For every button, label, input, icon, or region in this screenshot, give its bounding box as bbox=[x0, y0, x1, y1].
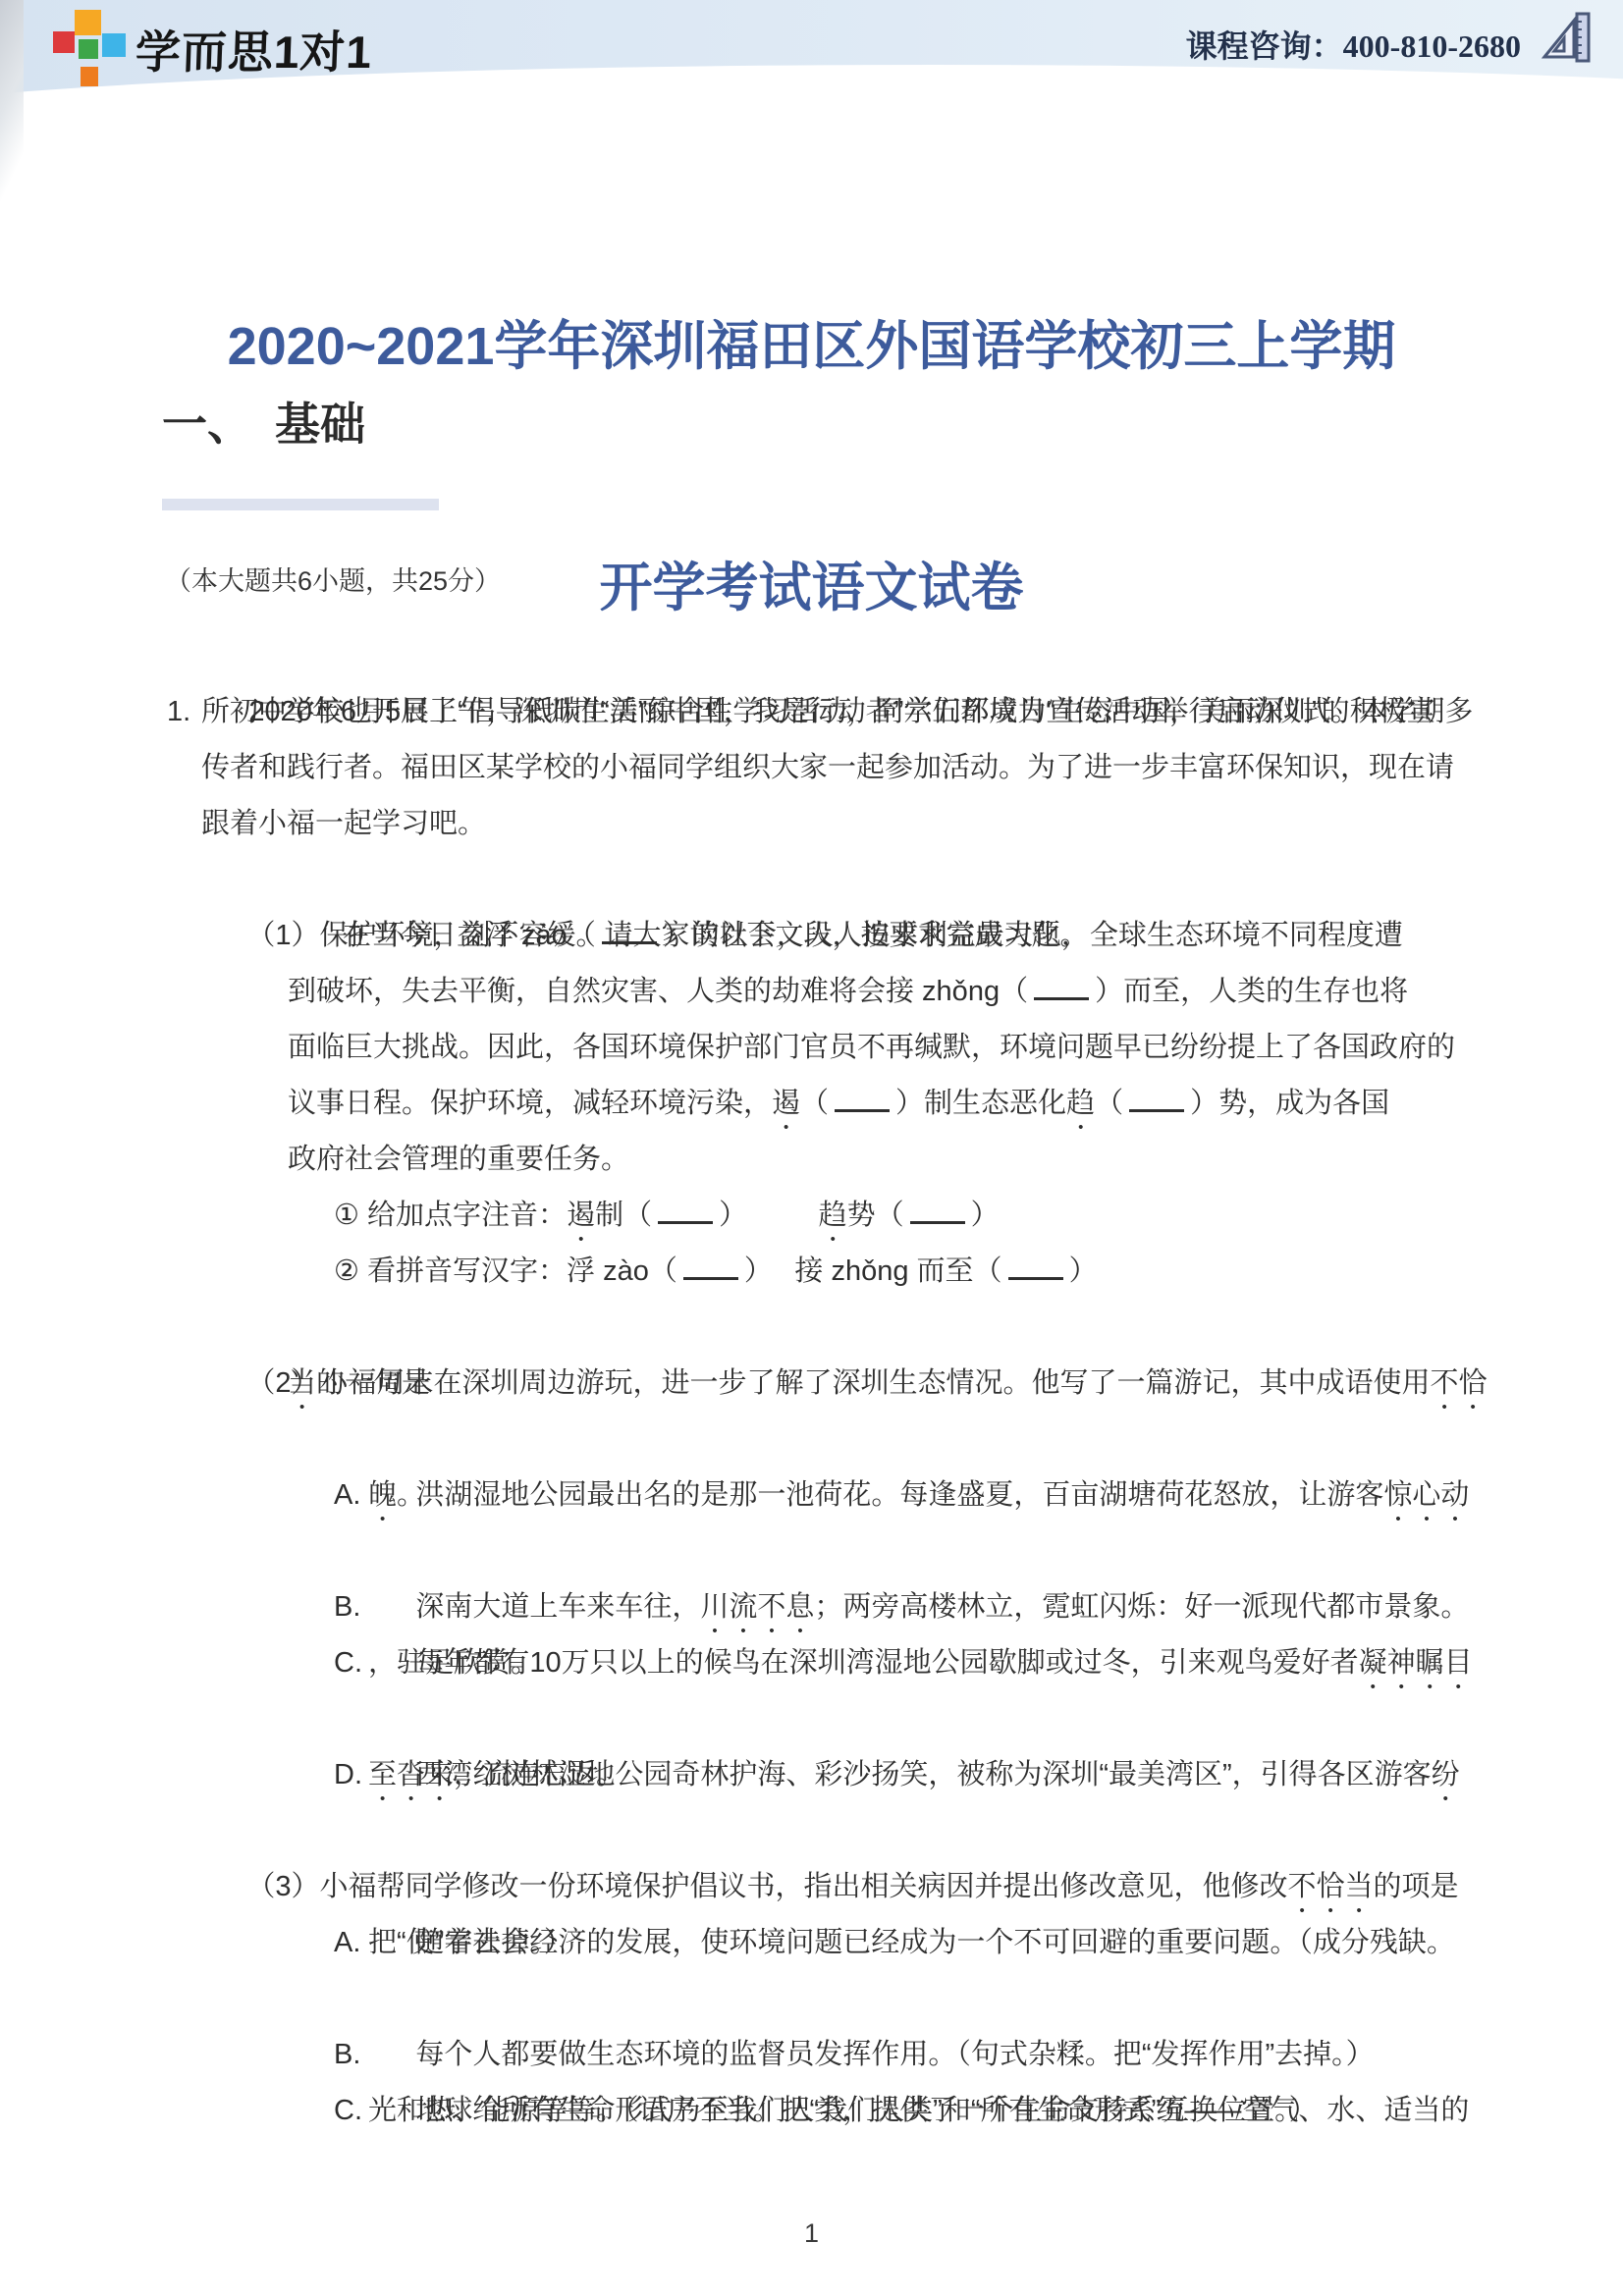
page-number: 1 bbox=[0, 2218, 1623, 2249]
part-2-option-b: B.深南大道上车来车往，川流不息；两旁高楼林立，霓虹闪烁：好一派现代都市景象。 bbox=[0, 1523, 1623, 1579]
brand-logo-text: 学而思1对1 bbox=[135, 17, 373, 81]
answer-blank bbox=[1008, 1250, 1063, 1280]
part-2-option-c-wrap: ，驻足欣赏。 bbox=[0, 1635, 1623, 1691]
part-2-option-a-wrap: 魄。 bbox=[0, 1468, 1623, 1523]
part-3-lead: （3）小福帮同学修改一份环境保护倡议书，指出相关病因并提出修改意见，他修改不恰当… bbox=[0, 1803, 1623, 1859]
part-2-option-c: C.每年都有10万只以上的候鸟在深圳湾湿地公园歇脚或过冬，引来观鸟爱好者凝神瞩目 bbox=[0, 1579, 1623, 1635]
answer-blank bbox=[602, 914, 657, 944]
part-3-option-a-wrap: 把“使”字去掉。） bbox=[0, 1915, 1623, 1971]
part-2-option-d: D.西湾红树林湿地公园奇林护海、彩沙扬笑，被称为深圳“最美湾区”，引得各区游客纷 bbox=[0, 1691, 1623, 1747]
part-2-lead: （2）小福周末在深圳周边游玩，进一步了解了深圳生态情况。他写了一篇游记，其中成语… bbox=[0, 1300, 1623, 1356]
part-1-lead: （1）保护环境，刻不容缓。请大家读以下文段，按要求完成习题。 bbox=[0, 852, 1623, 908]
answer-blank bbox=[835, 1082, 890, 1112]
answer-blank bbox=[1034, 970, 1089, 1000]
part-1-passage-line: 到破坏，失去平衡，自然灾害、人类的劫难将会接 zhǒng（）而至，人类的生存也将 bbox=[0, 964, 1623, 1020]
question-1-line: 1.2020年6月5日上午，深圳市“美丽中国，我是行动者”六五环境日宣传活动举行… bbox=[0, 628, 1623, 684]
part-1-sub-question-1: ① 给加点字注音：遏制（） 趋势（） bbox=[0, 1188, 1623, 1244]
part-2-lead-wrap: 当的一句是 bbox=[0, 1356, 1623, 1412]
paper-title-line1: 2020~2021学年深圳福田区外国语学校初三上学期 bbox=[0, 306, 1623, 387]
answer-blank bbox=[683, 1250, 738, 1280]
section-meta: （本大题共6小题，共25分） bbox=[165, 560, 501, 598]
question-1-line: 跟着小福一起学习吧。 bbox=[0, 796, 1623, 852]
exam-paper-page: 学而思1对1 课程咨询：400-810-2680 2020~2021学年深圳福田… bbox=[0, 0, 1623, 2296]
part-1-sub-question-2: ② 看拼音写汉字：浮 zào（） 接 zhǒng 而至（） bbox=[0, 1244, 1623, 1300]
section-heading-underline bbox=[162, 499, 439, 510]
part-1-passage-line: 政府社会管理的重要任务。 bbox=[0, 1132, 1623, 1188]
part-3-option-c: C.地球给所有生命形式乃至我们人类，提供了一个生命支持系统——空气、水、适当的 bbox=[0, 2027, 1623, 2083]
part-1-passage-line: 面临巨大挑战。因此，各国环境保护部门官员不再缄默，环境问题早已纷纷提上了各国政府… bbox=[0, 1020, 1623, 1076]
part-2-option-d-wrap: 至沓来，流连忘返。 bbox=[0, 1747, 1623, 1803]
question-1-line: 所初中学校也开展了“倡导低碳生活”综合性学习活动，同学们都成为“生态中国，美丽深… bbox=[0, 684, 1623, 740]
part-1-passage-line: 议事日程。保护环境，减轻环境污染，遏（）制生态恶化趋（）势，成为各国 bbox=[0, 1076, 1623, 1132]
answer-blank bbox=[910, 1194, 965, 1224]
brand-logo-icon bbox=[51, 8, 135, 90]
brand-logo: 学而思1对1 bbox=[51, 8, 372, 90]
answer-blank bbox=[658, 1194, 713, 1224]
part-1-passage-line: 在当今日益浮 zào（）的社会，人人追求利益最大化，全球生态环境不同程度遭 bbox=[0, 908, 1623, 964]
section-heading: 一、 基础 bbox=[162, 389, 365, 454]
consult-phone-label: 课程咨询：400-810-2680 bbox=[1186, 22, 1521, 67]
part-2-option-a: A.洪湖湿地公园最出名的是那一池荷花。每逢盛夏，百亩湖塘荷花怒放，让游客惊心动 bbox=[0, 1412, 1623, 1468]
part-3-option-b: B.每个人都要做生态环境的监督员发挥作用。（句式杂糅。把“发挥作用”去掉。） bbox=[0, 1971, 1623, 2027]
question-1-line: 传者和践行者。福田区某学校的小福同学组织大家一起参加活动。为了进一步丰富环保知识… bbox=[0, 740, 1623, 796]
question-body: 1.2020年6月5日上午，深圳市“美丽中国，我是行动者”六五环境日宣传活动举行… bbox=[0, 628, 1623, 2139]
answer-blank bbox=[1129, 1082, 1184, 1112]
part-3-option-c-wrap: 光和热、能源等等。（语序不当。把“我们人类”和“所有生命形式”互换位置。） bbox=[0, 2083, 1623, 2139]
part-3-option-a: A.随着社会经济的发展，使环境问题已经成为一个不可回避的重要问题。（成分残缺。 bbox=[0, 1859, 1623, 1915]
set-square-ruler-icon bbox=[1539, 8, 1594, 69]
